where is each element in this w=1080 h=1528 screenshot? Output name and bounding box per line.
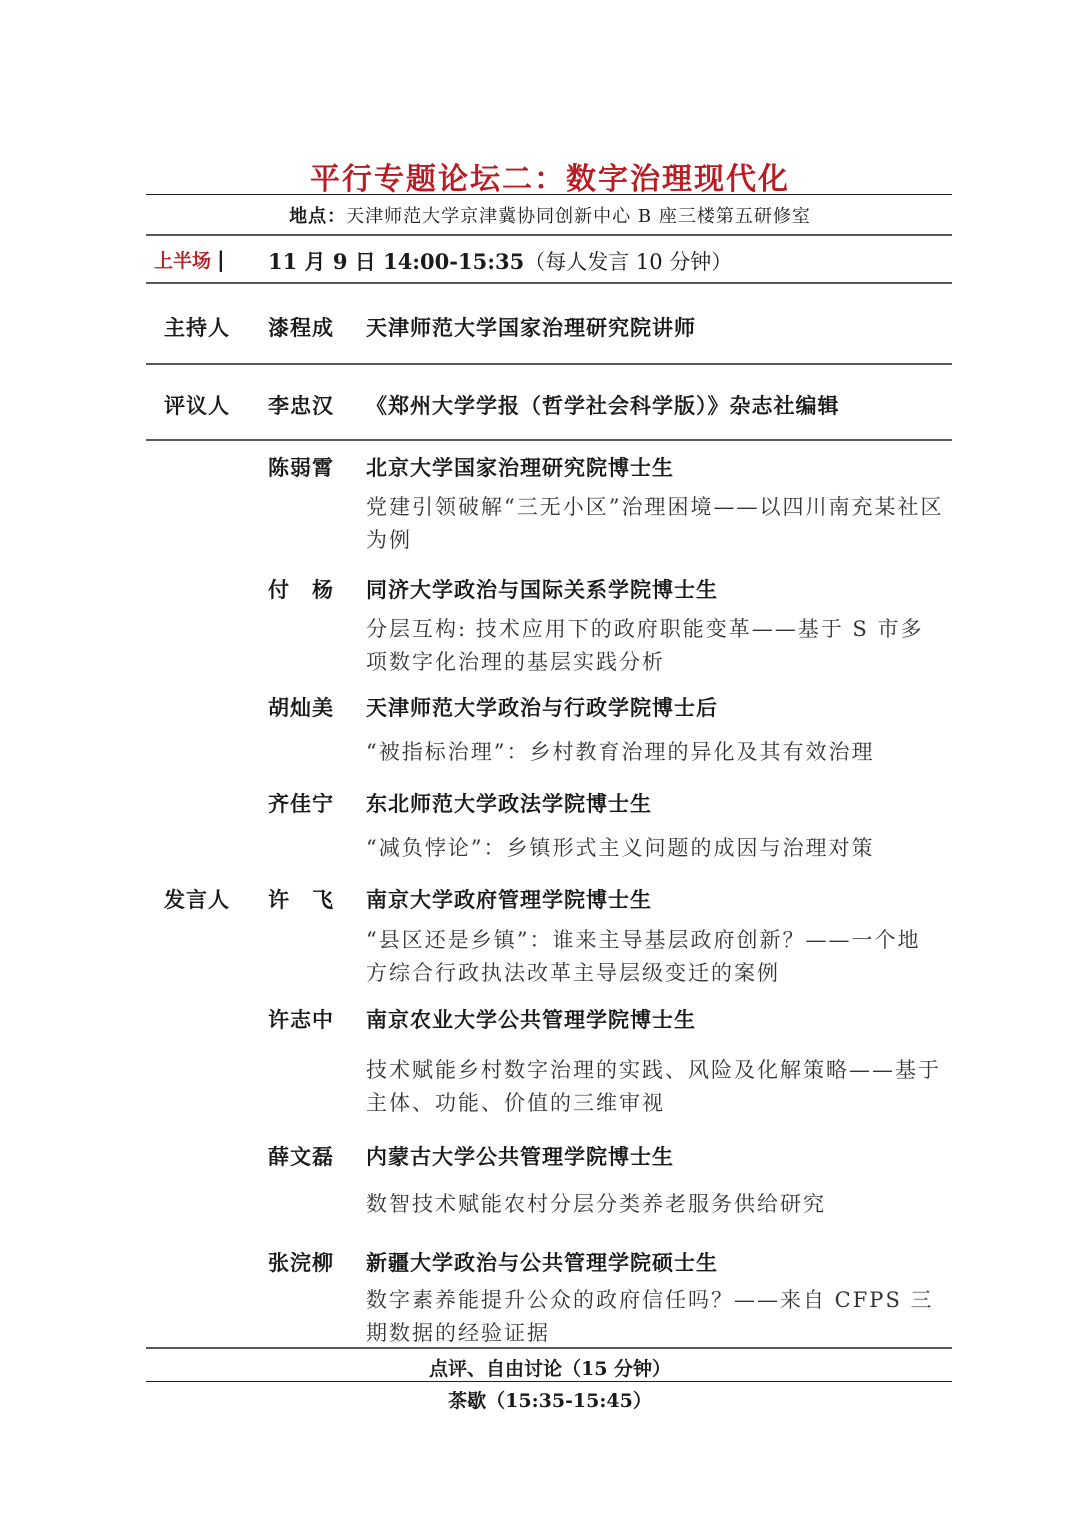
speaker-paper-title: 技术赋能乡村数字治理的实践、风险及化解策略——基于主体、功能、价值的三维审视 bbox=[366, 1054, 946, 1120]
session-datetime: 11 月 9 日 14:00-15:35（每人发言 10 分钟） bbox=[268, 246, 732, 276]
speaker-paper-title: “县区还是乡镇”：谁来主导基层政府创新？——一个地方综合行政执法改革主导层级变迁… bbox=[366, 924, 936, 990]
venue-label: 地点： bbox=[289, 206, 346, 227]
speaker-paper-title: 分层互构: 技术应用下的政府职能变革——基于 S 市多项数字化治理的基层实践分析 bbox=[366, 613, 946, 679]
divider bbox=[146, 363, 952, 365]
speaker-name: 张浣柳 bbox=[268, 1247, 334, 1277]
tea-break-line: 茶歇（15:35-15:45） bbox=[150, 1386, 950, 1413]
host-role: 主持人 bbox=[164, 312, 230, 342]
session-date: 11 月 9 日 14:00-15:35 bbox=[268, 249, 524, 274]
speaker-affiliation: 南京大学政府管理学院博士生 bbox=[366, 884, 652, 914]
discussion-line: 点评、自由讨论（15 分钟） bbox=[150, 1354, 950, 1381]
discussant-name: 李忠汉 bbox=[268, 390, 334, 420]
divider bbox=[146, 194, 952, 195]
speaker-paper-title: 党建引领破解“三无小区”治理困境——以四川南充某社区为例 bbox=[366, 491, 946, 557]
speaker-affiliation: 内蒙古大学公共管理学院博士生 bbox=[366, 1141, 674, 1171]
speaker-paper-title: 数智技术赋能农村分层分类养老服务供给研究 bbox=[366, 1188, 946, 1221]
speaker-affiliation: 北京大学国家治理研究院博士生 bbox=[366, 452, 674, 482]
divider bbox=[146, 439, 952, 441]
speaker-affiliation: 新疆大学政治与公共管理学院硕士生 bbox=[366, 1247, 718, 1277]
speaker-affiliation: 南京农业大学公共管理学院博士生 bbox=[366, 1004, 696, 1034]
host-name: 漆程成 bbox=[268, 312, 334, 342]
speaker-affiliation: 同济大学政治与国际关系学院博士生 bbox=[366, 574, 718, 604]
speaker-paper-title: “减负悖论”：乡镇形式主义问题的成因与治理对策 bbox=[366, 832, 966, 865]
divider bbox=[146, 282, 952, 284]
divider bbox=[146, 234, 952, 236]
speaker-paper-title: “被指标治理”：乡村教育治理的异化及其有效治理 bbox=[366, 736, 966, 769]
venue-line: 地点：天津师范大学京津冀协同创新中心 B 座三楼第五研修室 bbox=[150, 202, 950, 228]
forum-title: 平行专题论坛二：数字治理现代化 bbox=[150, 154, 950, 198]
host-affiliation: 天津师范大学国家治理研究院讲师 bbox=[366, 312, 696, 342]
speaker-name: 薛文磊 bbox=[268, 1141, 334, 1171]
speaker-name: 许志中 bbox=[268, 1004, 334, 1034]
discussant-affiliation: 《郑州大学学报（哲学社会科学版）》杂志社编辑 bbox=[366, 390, 840, 420]
speakers-role: 发言人 bbox=[164, 884, 230, 914]
speaker-name: 齐佳宁 bbox=[268, 788, 334, 818]
session-header: 上半场| 11 月 9 日 14:00-15:35（每人发言 10 分钟） bbox=[154, 246, 225, 273]
speaker-affiliation: 天津师范大学政治与行政学院博士后 bbox=[366, 692, 718, 722]
divider bbox=[146, 1347, 952, 1349]
speaker-name: 胡灿美 bbox=[268, 692, 334, 722]
discussant-role: 评议人 bbox=[164, 390, 230, 420]
venue-value: 天津师范大学京津冀协同创新中心 B 座三楼第五研修室 bbox=[346, 206, 811, 227]
session-tag: 上半场 bbox=[154, 250, 211, 272]
speaker-name: 许 飞 bbox=[268, 884, 334, 914]
speaker-affiliation: 东北师范大学政法学院博士生 bbox=[366, 788, 652, 818]
divider bbox=[146, 1381, 952, 1382]
speaker-paper-title: 数字素养能提升公众的政府信任吗？——来自 CFPS 三期数据的经验证据 bbox=[366, 1284, 946, 1350]
session-separator: | bbox=[217, 248, 225, 272]
forum-schedule-page: 平行专题论坛二：数字治理现代化 地点：天津师范大学京津冀协同创新中心 B 座三楼… bbox=[0, 0, 1080, 1528]
session-note: （每人发言 10 分钟） bbox=[524, 250, 732, 274]
speaker-name: 付 杨 bbox=[268, 574, 334, 604]
speaker-name: 陈弱霄 bbox=[268, 452, 334, 482]
